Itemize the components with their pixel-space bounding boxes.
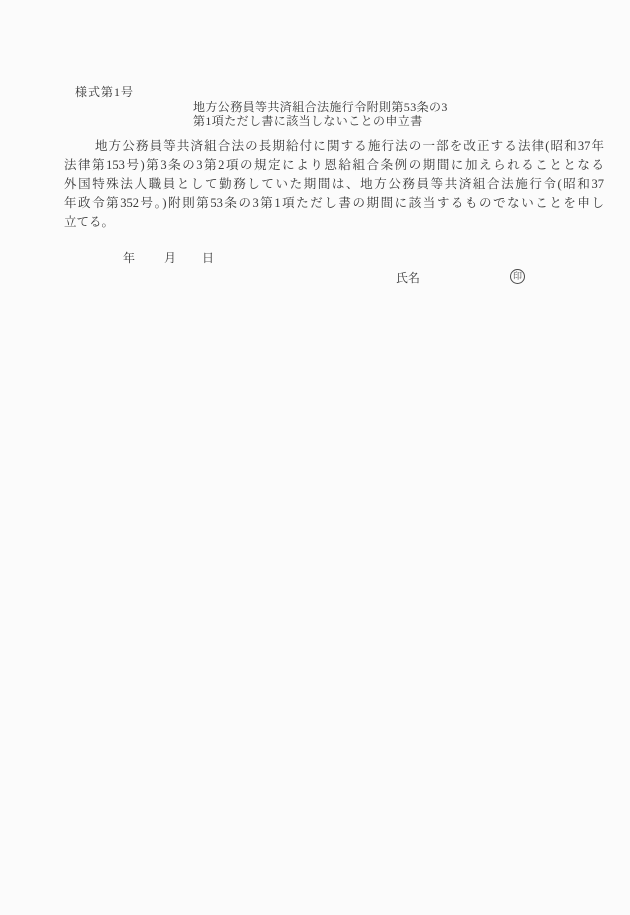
- body-paragraph: 地方公務員等共済組合法の長期給付に関する施行法の一部を改正する法律(昭和37年 …: [64, 137, 604, 232]
- day-label: 日: [202, 251, 214, 265]
- name-label: 氏名: [396, 270, 420, 286]
- paper-sheet: 様式第1号 地方公務員等共済組合法施行令附則第53条の3 第1項ただし書に該当し…: [0, 0, 630, 915]
- body-line-1: 地方公務員等共済組合法の長期給付に関する施行法の一部を改正する法律(昭和37年: [64, 137, 604, 156]
- seal-stamp-icon: 印: [510, 269, 525, 284]
- document-title: 地方公務員等共済組合法施行令附則第53条の3 第1項ただし書に該当しないことの申…: [193, 101, 448, 128]
- month-label: 月: [164, 251, 176, 265]
- body-line-4: 年政令第352号。)附則第53条の3第1項ただし書の期間に該当するものでないこと…: [64, 194, 604, 213]
- document-title-line-1: 地方公務員等共済組合法施行令附則第53条の3: [193, 101, 448, 115]
- form-number-label: 様式第1号: [75, 83, 134, 100]
- body-line-5: 立てる。: [64, 213, 604, 232]
- date-fill-in-line: 年月日: [123, 250, 214, 266]
- year-label: 年: [123, 251, 135, 265]
- seal-character: 印: [513, 272, 522, 281]
- body-line-3: 外国特殊法人職員として勤務していた期間は、地方公務員等共済組合法施行令(昭和37: [64, 175, 604, 194]
- document-title-line-2: 第1項ただし書に該当しないことの申立書: [193, 115, 448, 129]
- document-page: { "page": { "background_color": "#fbfbfb…: [0, 0, 630, 915]
- body-line-2: 法律第153号)第3条の3第2項の規定により恩給組合条例の期間に加えられることと…: [64, 156, 604, 175]
